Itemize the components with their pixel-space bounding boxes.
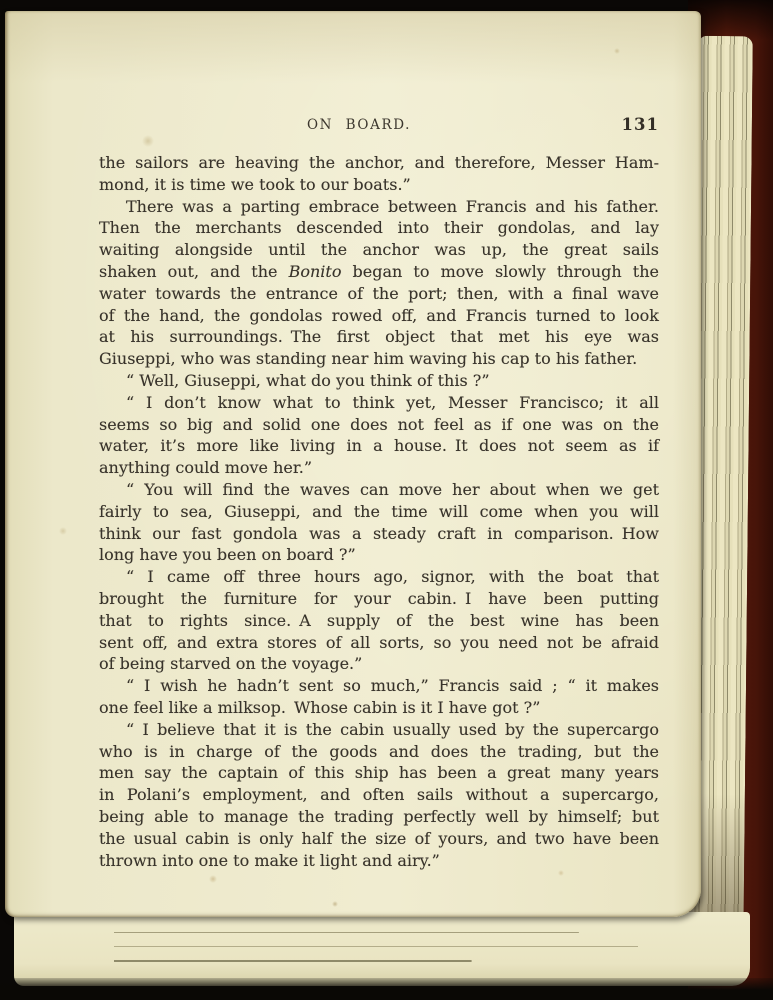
running-title: ON BOARD. [99,117,619,133]
text-segment: at his surroundings. The first object th… [99,327,659,346]
text-segment: anything could move her.” [99,458,312,477]
text-segment: the usual cabin is only half the size of… [99,829,659,848]
page-edge-lines [114,926,710,972]
text-segment: water, it’s more like living in a house.… [99,436,659,455]
text-segment: There was a parting embrace between Fran… [126,197,659,216]
text-segment: Giuseppi, who was standing near him wavi… [99,349,637,368]
text-line: sent off, and extra stores of all sorts,… [99,632,659,654]
text-segment: waiting alongside until the anchor was u… [99,240,659,259]
text-line: “ I believe that it is the cabin usually… [99,719,659,741]
text-line: the sailors are heaving the anchor, and … [99,152,659,174]
text-segment: one feel like a milksop. Whose cabin is … [99,698,540,717]
text-line: waiting alongside until the anchor was u… [99,239,659,261]
text-line: think our fast gondola was a steady craf… [99,523,659,545]
text-line: “ I came off three hours ago, signor, wi… [99,566,659,588]
text-segment: of the hand, the gondolas rowed off, and… [99,306,659,325]
text-segment: being able to manage the trading perfect… [99,807,659,826]
text-line: “ I wish he hadn’t sent so much,” Franci… [99,675,659,697]
page-edges-bottom [14,912,750,986]
text-segment: of being starved on the voyage.” [99,654,362,673]
text-line: the usual cabin is only half the size of… [99,828,659,850]
text-segment: “ I believe that it is the cabin usually… [126,720,659,739]
running-head: ON BOARD. 131 [99,117,659,137]
text-segment: shaken out, and the [99,262,289,281]
text-line: anything could move her.” [99,457,659,479]
book-scan: ON BOARD. 131 the sailors are heaving th… [0,0,773,1000]
text-segment: Then the merchants descended into their … [99,218,659,237]
text-segment: long have you been on board ?” [99,545,356,564]
text-segment: that to rights since. A supply of the be… [99,611,659,630]
text-line: of the hand, the gondolas rowed off, and… [99,305,659,327]
text-line: in Polani’s employment, and often sails … [99,784,659,806]
text-segment: who is in charge of the goods and does t… [99,742,659,761]
text-segment: think our fast gondola was a steady craf… [99,524,659,543]
paragraph: the sailors are heaving the anchor, and … [99,152,659,196]
text-line: shaken out, and the Bonito began to move… [99,261,659,283]
text-segment: “ I don’t know what to think yet, Messer… [126,393,659,412]
text-line: Then the merchants descended into their … [99,217,659,239]
text-line: who is in charge of the goods and does t… [99,741,659,763]
text-area: ON BOARD. 131 the sailors are heaving th… [99,117,659,871]
text-segment: mond, it is time we took to our boats.” [99,175,411,194]
text-line: at his surroundings. The first object th… [99,326,659,348]
text-line: men say the captain of this ship has bee… [99,762,659,784]
text-segment: “ Well, Giuseppi, what do you think of t… [126,371,490,390]
text-line: one feel like a milksop. Whose cabin is … [99,697,659,719]
text-segment: water towards the entrance of the port; … [99,284,659,303]
text-line: being able to manage the trading perfect… [99,806,659,828]
text-line: Giuseppi, who was standing near him wavi… [99,348,659,370]
page-number: 131 [622,115,659,134]
text-segment: men say the captain of this ship has bee… [99,763,659,782]
text-line: There was a parting embrace between Fran… [99,196,659,218]
text-segment: “ I came off three hours ago, signor, wi… [126,567,659,586]
text-line: brought the furniture for your cabin. I … [99,588,659,610]
text-segment: sent off, and extra stores of all sorts,… [99,633,659,652]
text-block: the sailors are heaving the anchor, and … [99,152,659,871]
text-segment: “ You will find the waves can move her a… [126,480,659,499]
text-line: “ I don’t know what to think yet, Messer… [99,392,659,414]
text-line: of being starved on the voyage.” [99,653,659,675]
bottom-shadow [0,978,773,1000]
text-line: seems so big and solid one does not feel… [99,414,659,436]
paragraph: “ I came off three hours ago, signor, wi… [99,566,659,675]
text-segment: the sailors are heaving the anchor, and … [99,153,659,172]
text-line: “ Well, Giuseppi, what do you think of t… [99,370,659,392]
paragraph: “ You will find the waves can move her a… [99,479,659,566]
italic-text: Bonito [289,262,342,281]
text-line: that to rights since. A supply of the be… [99,610,659,632]
text-line: water towards the entrance of the port; … [99,283,659,305]
paragraph: “ I wish he hadn’t sent so much,” Franci… [99,675,659,719]
text-line: fairly to sea, Giuseppi, and the time wi… [99,501,659,523]
text-segment: brought the furniture for your cabin. I … [99,589,659,608]
text-segment: seems so big and solid one does not feel… [99,415,659,434]
paragraph: There was a parting embrace between Fran… [99,196,659,370]
text-segment: “ I wish he hadn’t sent so much,” Franci… [126,676,659,695]
paragraph: “ Well, Giuseppi, what do you think of t… [99,370,659,392]
text-segment: thrown into one to make it light and air… [99,851,440,870]
text-line: “ You will find the waves can move her a… [99,479,659,501]
paragraph: “ I believe that it is the cabin usually… [99,719,659,872]
text-line: long have you been on board ?” [99,544,659,566]
text-line: mond, it is time we took to our boats.” [99,174,659,196]
text-segment: began to move slowly through the [341,262,659,281]
text-line: thrown into one to make it light and air… [99,850,659,872]
text-segment: fairly to sea, Giuseppi, and the time wi… [99,502,659,521]
paragraph: “ I don’t know what to think yet, Messer… [99,392,659,479]
text-line: water, it’s more like living in a house.… [99,435,659,457]
text-segment: in Polani’s employment, and often sails … [99,785,659,804]
book-page: ON BOARD. 131 the sailors are heaving th… [5,11,701,917]
